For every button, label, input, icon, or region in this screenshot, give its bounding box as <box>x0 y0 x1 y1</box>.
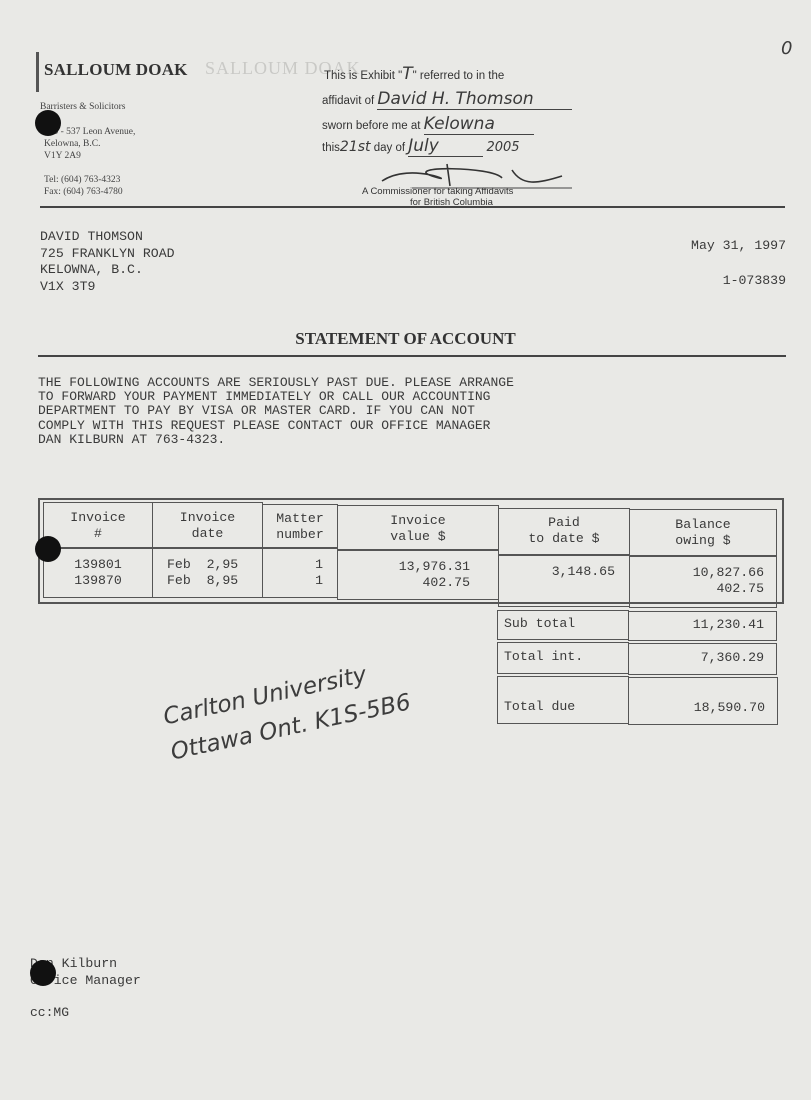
cell-balance-owing: 10,827.66 402.75 <box>629 556 777 608</box>
cell-invoice-values: 13,976.31 402.75 <box>337 550 499 600</box>
exhibit-day: 21st <box>340 139 371 155</box>
exhibit-day-of-label: day of <box>374 142 405 154</box>
header-divider <box>40 206 785 208</box>
punch-hole-middle <box>35 536 61 562</box>
exhibit-year: 2005 <box>486 140 519 155</box>
recipient-postal: V1X 3T9 <box>40 279 175 296</box>
account-reference: 1-073839 <box>723 273 786 288</box>
subtotal-value: 11,230.41 <box>628 611 777 641</box>
punch-hole-top <box>35 110 61 136</box>
recipient-address: DAVID THOMSON725 FRANKLYN ROADKELOWNA, B… <box>40 229 175 295</box>
firm-name: SALLOUM DOAK <box>44 60 188 80</box>
exhibit-letter: T <box>402 64 412 84</box>
cell-paid-to-date: 3,148.65 <box>498 555 630 607</box>
firm-address-line3: V1Y 2A9 <box>44 150 81 162</box>
exhibit-deponent: David H. Thomson <box>377 89 572 110</box>
total-due-label: Total due <box>497 676 629 724</box>
exhibit-sworn-label: sworn before me at <box>322 120 420 132</box>
exhibit-month: July <box>408 136 483 157</box>
page-mark: 0 <box>781 38 792 59</box>
header-invoice-no: Invoice # <box>43 502 153 548</box>
past-due-notice: THE FOLLOWING ACCOUNTS ARE SERIOUSLY PAS… <box>38 376 678 447</box>
recipient-name: DAVID THOMSON <box>40 229 175 246</box>
statement-date: May 31, 1997 <box>691 238 786 253</box>
firm-fax: Fax: (604) 763-4780 <box>44 186 123 198</box>
commissioner-line1: A Commissioner for taking Affidavits <box>362 186 513 197</box>
handwritten-address-note: Carlton University Ottawa Ont. K1S-5B6 <box>160 649 414 770</box>
page-title: STATEMENT OF ACCOUNT <box>0 329 811 349</box>
cell-invoice-numbers: 139801 139870 <box>43 548 153 598</box>
cell-matter-numbers: 1 1 <box>262 548 338 598</box>
header-matter-number: Matter number <box>262 504 338 548</box>
cc-line: cc:MG <box>30 1005 69 1020</box>
letterhead-bar <box>36 52 39 92</box>
exhibit-line1-prefix: This is Exhibit " <box>324 70 402 82</box>
exhibit-stamp: This is Exhibit "T" referred to in the a… <box>322 56 622 216</box>
firm-tel: Tel: (604) 763-4323 <box>44 174 120 186</box>
exhibit-line1-suffix: " referred to in the <box>413 70 505 82</box>
cell-invoice-dates: Feb 2,95 Feb 8,95 <box>152 548 263 598</box>
header-balance-owing: Balance owing $ <box>629 509 777 556</box>
total-due-value: 18,590.70 <box>628 677 778 725</box>
header-paid-to-date: Paid to date $ <box>498 508 630 555</box>
firm-address-line2: Kelowna, B.C. <box>44 138 100 150</box>
exhibit-place: Kelowna <box>424 114 534 135</box>
punch-hole-bottom <box>30 960 56 986</box>
recipient-street: 725 FRANKLYN ROAD <box>40 246 175 263</box>
subtotal-label: Sub total <box>497 610 629 640</box>
exhibit-this-label: this <box>322 142 340 154</box>
exhibit-affidavit-label: affidavit of <box>322 95 374 107</box>
interest-value: 7,360.29 <box>628 643 777 675</box>
title-divider <box>38 355 786 357</box>
header-invoice-date: Invoice date <box>152 502 263 548</box>
interest-label: Total int. <box>497 642 629 674</box>
header-invoice-value: Invoice value $ <box>337 505 499 550</box>
recipient-city: KELOWNA, B.C. <box>40 262 175 279</box>
